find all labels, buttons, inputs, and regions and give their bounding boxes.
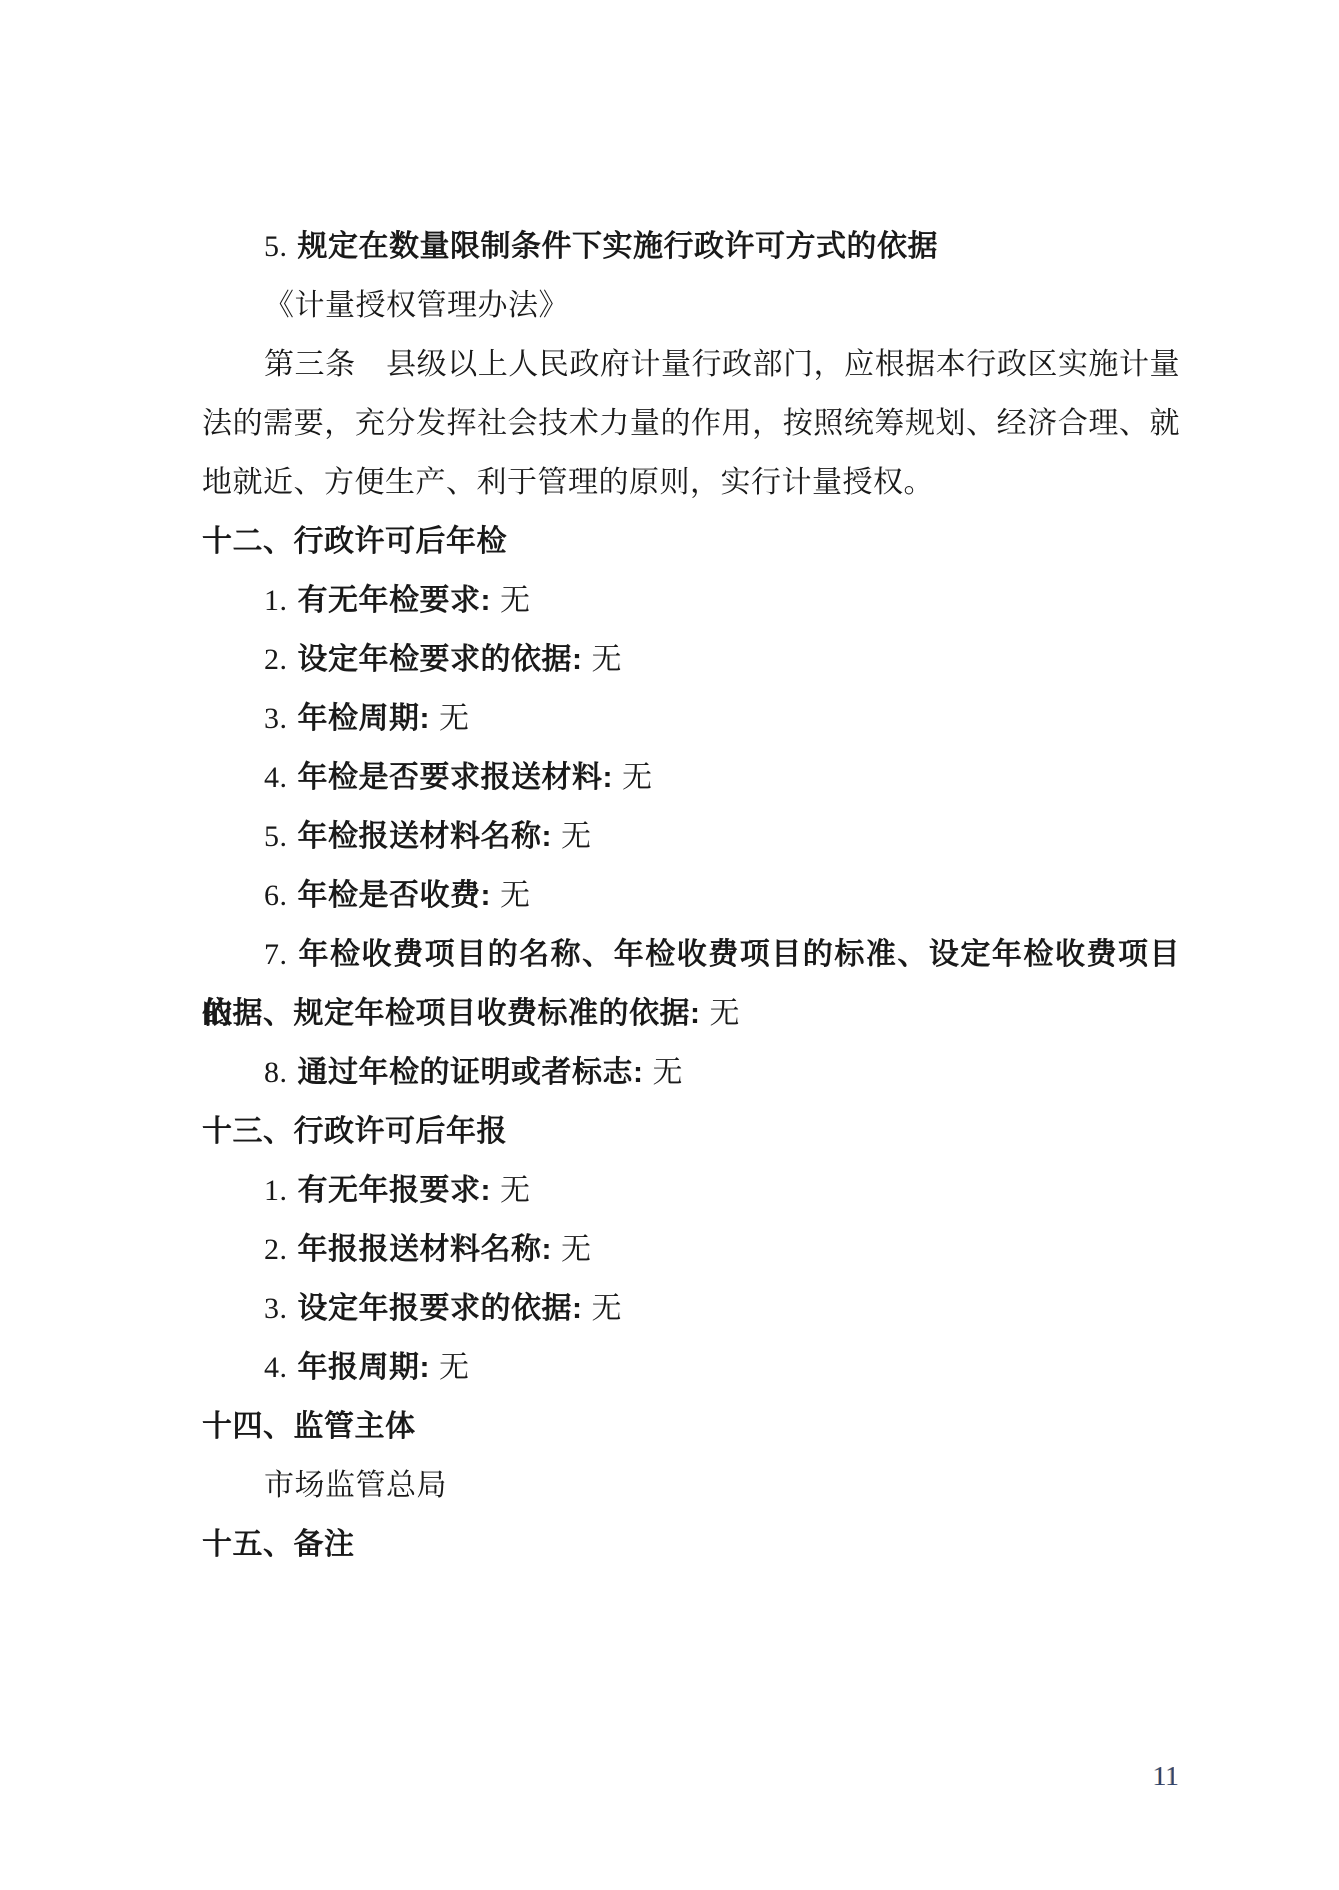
text-segment-bold: 十四、监管主体 [202, 1410, 416, 1443]
text-segment-bold: 设定年检要求的依据: [298, 643, 583, 676]
text-segment-num: 5. [264, 230, 288, 263]
text-line: 法的需要，充分发挥社会技术力量的作用，按照统筹规划、经济合理、就 [202, 394, 1180, 453]
text-segment-bold: 年报周期: [298, 1351, 431, 1384]
text-segment-val: 无 [592, 1292, 623, 1325]
text-line: 3.设定年报要求的依据:无 [202, 1279, 1180, 1338]
text-line: 8.通过年检的证明或者标志:无 [202, 1043, 1180, 1102]
text-segment-bold: 年检是否收费: [298, 879, 492, 912]
text-segment-num: 2. [264, 1233, 288, 1266]
text-segment-num: 1. [264, 584, 288, 617]
text-segment-val: 无 [710, 997, 741, 1030]
text-line: 1.有无年报要求:无 [202, 1161, 1180, 1220]
text-line: 6.年检是否收费:无 [202, 866, 1180, 925]
text-segment-bold: 十五、备注 [202, 1528, 355, 1561]
text-segment-val: 无 [622, 761, 653, 794]
text-segment-bold: 十三、行政许可后年报 [202, 1115, 507, 1148]
text-segment-reg: 第三条 县级以上人民政府计量行政部门，应根据本行政区实施计量 [264, 348, 1180, 381]
text-line: 第三条 县级以上人民政府计量行政部门，应根据本行政区实施计量 [202, 335, 1180, 394]
text-segment-reg: 地就近、方便生产、利于管理的原则，实行计量授权。 [202, 466, 934, 499]
text-segment-bold: 通过年检的证明或者标志: [298, 1056, 644, 1089]
text-line: 1.有无年检要求:无 [202, 571, 1180, 630]
text-line: 地就近、方便生产、利于管理的原则，实行计量授权。 [202, 453, 1180, 512]
text-line: 2.年报报送材料名称:无 [202, 1220, 1180, 1279]
text-segment-reg: 《计量授权管理办法》 [264, 289, 569, 322]
text-segment-num: 1. [264, 1174, 288, 1207]
text-segment-reg: 市场监管总局 [264, 1469, 447, 1502]
text-segment-val: 无 [500, 1174, 531, 1207]
text-segment-bold: 年检周期: [298, 702, 431, 735]
text-segment-bold: 有无年报要求: [298, 1174, 492, 1207]
text-line: 十五、备注 [202, 1515, 1180, 1574]
text-segment-val: 无 [500, 584, 531, 617]
text-segment-val: 无 [561, 1233, 592, 1266]
text-segment-num: 4. [264, 761, 288, 794]
text-segment-num: 3. [264, 1292, 288, 1325]
text-segment-reg: 法的需要，充分发挥社会技术力量的作用，按照统筹规划、经济合理、就 [202, 407, 1180, 440]
text-line: 《计量授权管理办法》 [202, 276, 1180, 335]
text-line: 3.年检周期:无 [202, 689, 1180, 748]
text-segment-num: 2. [264, 643, 288, 676]
text-segment-bold: 设定年报要求的依据: [298, 1292, 583, 1325]
page-number: 11 [1153, 1760, 1179, 1792]
text-line: 依据、规定年检项目收费标准的依据:无 [202, 984, 1180, 1043]
text-segment-val: 无 [561, 820, 592, 853]
text-line: 市场监管总局 [202, 1456, 1180, 1515]
text-segment-bold: 年报报送材料名称: [298, 1233, 553, 1266]
text-segment-num: 6. [264, 879, 288, 912]
text-line: 4.年检是否要求报送材料:无 [202, 748, 1180, 807]
text-segment-bold: 十二、行政许可后年检 [202, 525, 507, 558]
text-line: 十二、行政许可后年检 [202, 512, 1180, 571]
text-line: 7.年检收费项目的名称、年检收费项目的标准、设定年检收费项目的 [202, 925, 1180, 984]
text-segment-bold: 规定在数量限制条件下实施行政许可方式的依据 [298, 230, 939, 263]
text-segment-val: 无 [653, 1056, 684, 1089]
text-line: 5.规定在数量限制条件下实施行政许可方式的依据 [202, 217, 1180, 276]
text-line: 十四、监管主体 [202, 1397, 1180, 1456]
text-segment-bold: 有无年检要求: [298, 584, 492, 617]
text-segment-val: 无 [592, 643, 623, 676]
document-body: 5.规定在数量限制条件下实施行政许可方式的依据《计量授权管理办法》第三条 县级以… [202, 217, 1180, 1574]
text-line: 2.设定年检要求的依据:无 [202, 630, 1180, 689]
text-segment-bold: 年检是否要求报送材料: [298, 761, 614, 794]
text-line: 十三、行政许可后年报 [202, 1102, 1180, 1161]
text-segment-num: 4. [264, 1351, 288, 1384]
text-line: 5.年检报送材料名称:无 [202, 807, 1180, 866]
text-segment-num: 7. [264, 938, 288, 971]
text-segment-num: 3. [264, 702, 288, 735]
text-segment-bold: 依据、规定年检项目收费标准的依据: [202, 997, 701, 1030]
text-segment-num: 8. [264, 1056, 288, 1089]
text-segment-val: 无 [439, 1351, 470, 1384]
text-line: 4.年报周期:无 [202, 1338, 1180, 1397]
text-segment-val: 无 [500, 879, 531, 912]
text-segment-bold: 年检报送材料名称: [298, 820, 553, 853]
text-segment-num: 5. [264, 820, 288, 853]
text-segment-val: 无 [439, 702, 470, 735]
